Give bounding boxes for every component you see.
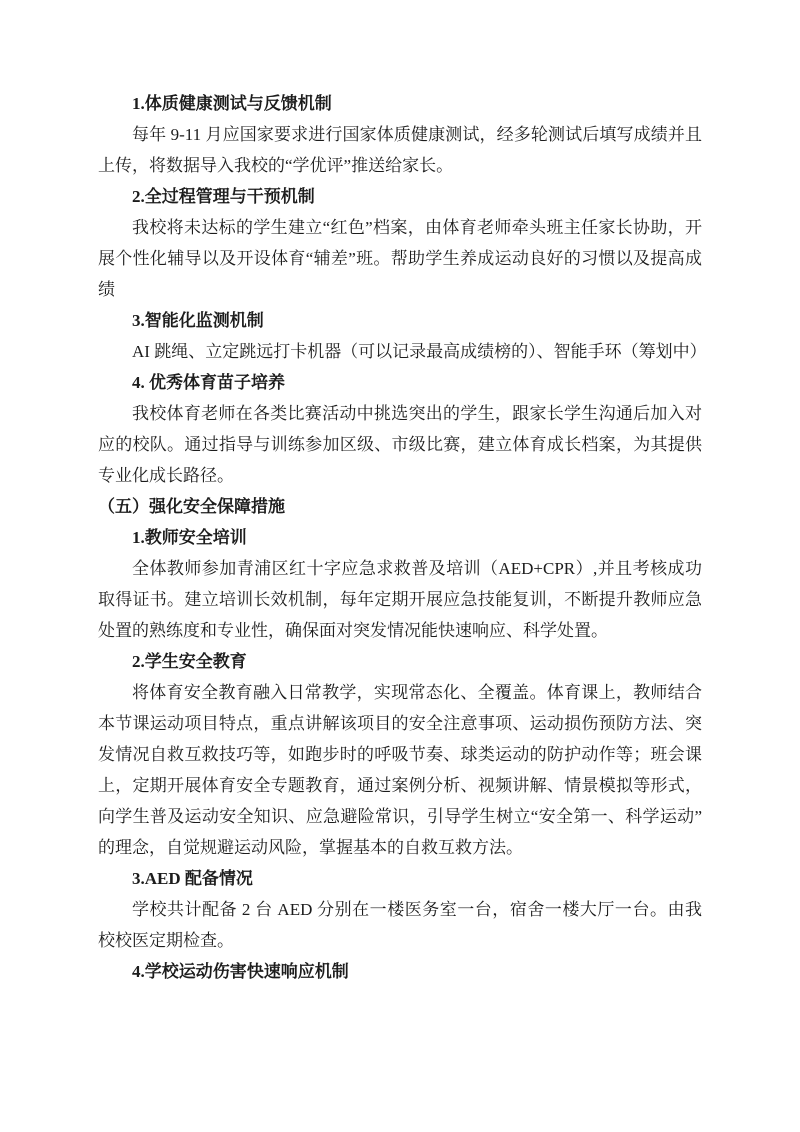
sub-heading: 1.教师安全培训	[132, 522, 702, 553]
body-paragraph: 我校将未达标的学生建立“红色”档案，由体育老师牵头班主任家长协助，开展个性化辅导…	[98, 212, 702, 305]
sub-heading: 3.AED 配备情况	[132, 863, 702, 894]
body-paragraph: 我校体育老师在各类比赛活动中挑选突出的学生，跟家长学生沟通后加入对应的校队。通过…	[98, 398, 702, 491]
sub-heading: 2.全过程管理与干预机制	[132, 181, 702, 212]
sub-heading: 4.学校运动伤害快速响应机制	[132, 956, 702, 987]
body-paragraph: 全体教师参加青浦区红十字应急求救普及培训（AED+CPR）,并且考核成功取得证书…	[98, 553, 702, 646]
sub-heading: 4. 优秀体育苗子培养	[132, 367, 702, 398]
document-content: 1.体质健康测试与反馈机制每年 9-11 月应国家要求进行国家体质健康测试，经多…	[98, 88, 702, 987]
document-page: 1.体质健康测试与反馈机制每年 9-11 月应国家要求进行国家体质健康测试，经多…	[0, 0, 800, 1132]
sub-heading: 3.智能化监测机制	[132, 305, 702, 336]
body-paragraph: 将体育安全教育融入日常教学，实现常态化、全覆盖。体育课上，教师结合本节课运动项目…	[98, 677, 702, 863]
sub-heading: 1.体质健康测试与反馈机制	[132, 88, 702, 119]
section-heading: （五）强化安全保障措施	[98, 491, 702, 522]
body-paragraph: 每年 9-11 月应国家要求进行国家体质健康测试，经多轮测试后填写成绩并且上传，…	[98, 119, 702, 181]
body-paragraph: AI 跳绳、立定跳远打卡机器（可以记录最高成绩榜的）、智能手环（筹划中）	[98, 336, 702, 367]
sub-heading: 2.学生安全教育	[132, 646, 702, 677]
body-paragraph: 学校共计配备 2 台 AED 分别在一楼医务室一台，宿舍一楼大厅一台。由我校校医…	[98, 894, 702, 956]
